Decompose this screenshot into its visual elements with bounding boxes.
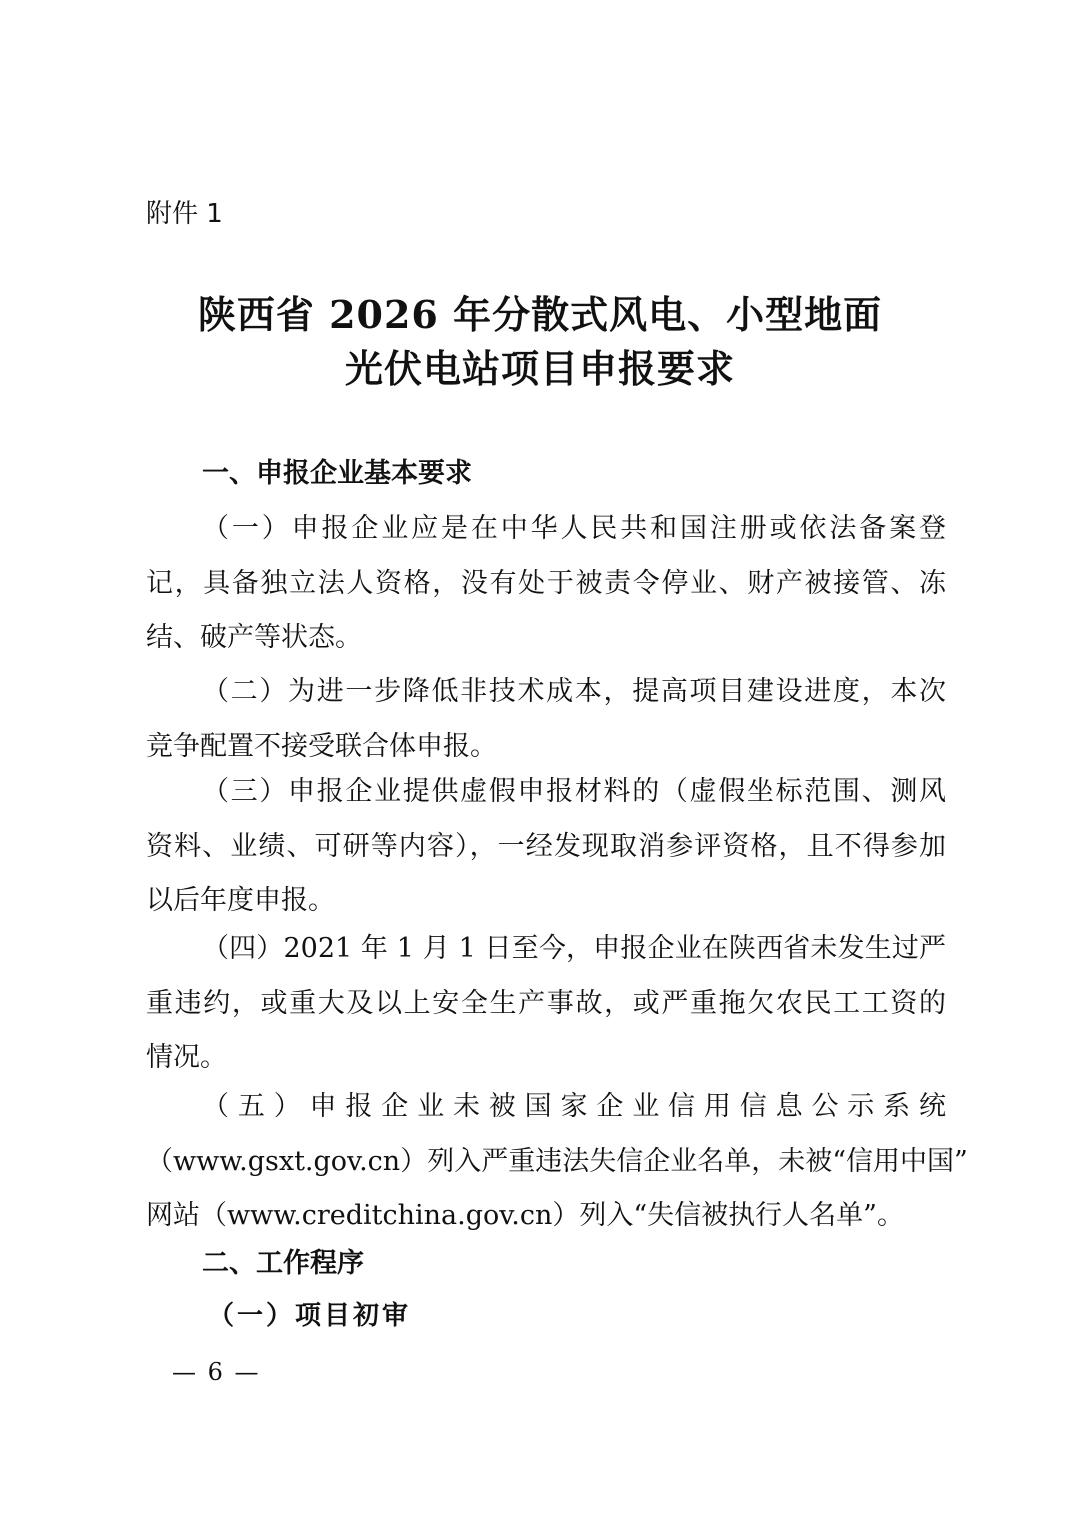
paragraph-line: 重违约，或重大及以上安全生产事故，或严重拖欠农民工工资的 — [146, 977, 946, 1032]
title-line-2: 光伏电站项目申报要求 — [0, 342, 1080, 396]
paragraph-line: 以后年度申报。 — [146, 874, 946, 929]
title-line-1: 陕西省 2026 年分散式风电、小型地面 — [0, 288, 1080, 342]
page-number: — 6 — — [172, 1354, 261, 1390]
paragraph-line: 记，具备独立法人资格，没有处于被责令停业、财产被接管、冻 — [146, 557, 946, 612]
paragraph-line: （www.gsxt.gov.cn）列入严重违法失信企业名单，未被“信用中国” — [146, 1135, 946, 1190]
paragraph-5: （五）申报企业未被国家企业信用信息公示系统 （www.gsxt.gov.cn）列… — [146, 1080, 946, 1244]
document-title: 陕西省 2026 年分散式风电、小型地面 光伏电站项目申报要求 — [0, 288, 1080, 396]
paragraph-line: （一）申报企业应是在中华人民共和国注册或依法备案登 — [146, 502, 946, 557]
section-heading-work-procedure: 二、工作程序 — [202, 1246, 364, 1282]
paragraph-line: （四）2021 年 1 月 1 日至今，申报企业在陕西省未发生过严 — [146, 922, 946, 977]
attachment-label: 附件 1 — [146, 196, 223, 232]
paragraph-line: 结、破产等状态。 — [146, 611, 946, 666]
paragraph-3: （三）申报企业提供虚假申报材料的（虚假坐标范围、测风 资料、业绩、可研等内容），… — [146, 765, 946, 929]
section-heading-basic-requirements: 一、申报企业基本要求 — [202, 456, 472, 492]
paragraph-2: （二）为进一步降低非技术成本，提高项目建设进度，本次 竞争配置不接受联合体申报。 — [146, 665, 946, 774]
document-page: 附件 1 陕西省 2026 年分散式风电、小型地面 光伏电站项目申报要求 一、申… — [0, 0, 1080, 1528]
subheading-preliminary-review: （一）项目初审 — [208, 1298, 411, 1334]
paragraph-line: 情况。 — [146, 1031, 946, 1086]
paragraph-line: （三）申报企业提供虚假申报材料的（虚假坐标范围、测风 — [146, 765, 946, 820]
paragraph-1: （一）申报企业应是在中华人民共和国注册或依法备案登 记，具备独立法人资格，没有处… — [146, 502, 946, 666]
paragraph-4: （四）2021 年 1 月 1 日至今，申报企业在陕西省未发生过严 重违约，或重… — [146, 922, 946, 1086]
paragraph-line: 网站（www.creditchina.gov.cn）列入“失信被执行人名单”。 — [146, 1189, 946, 1244]
paragraph-line: 资料、业绩、可研等内容），一经发现取消参评资格，且不得参加 — [146, 820, 946, 875]
paragraph-line: （五）申报企业未被国家企业信用信息公示系统 — [146, 1080, 946, 1135]
paragraph-line: （二）为进一步降低非技术成本，提高项目建设进度，本次 — [146, 665, 946, 720]
